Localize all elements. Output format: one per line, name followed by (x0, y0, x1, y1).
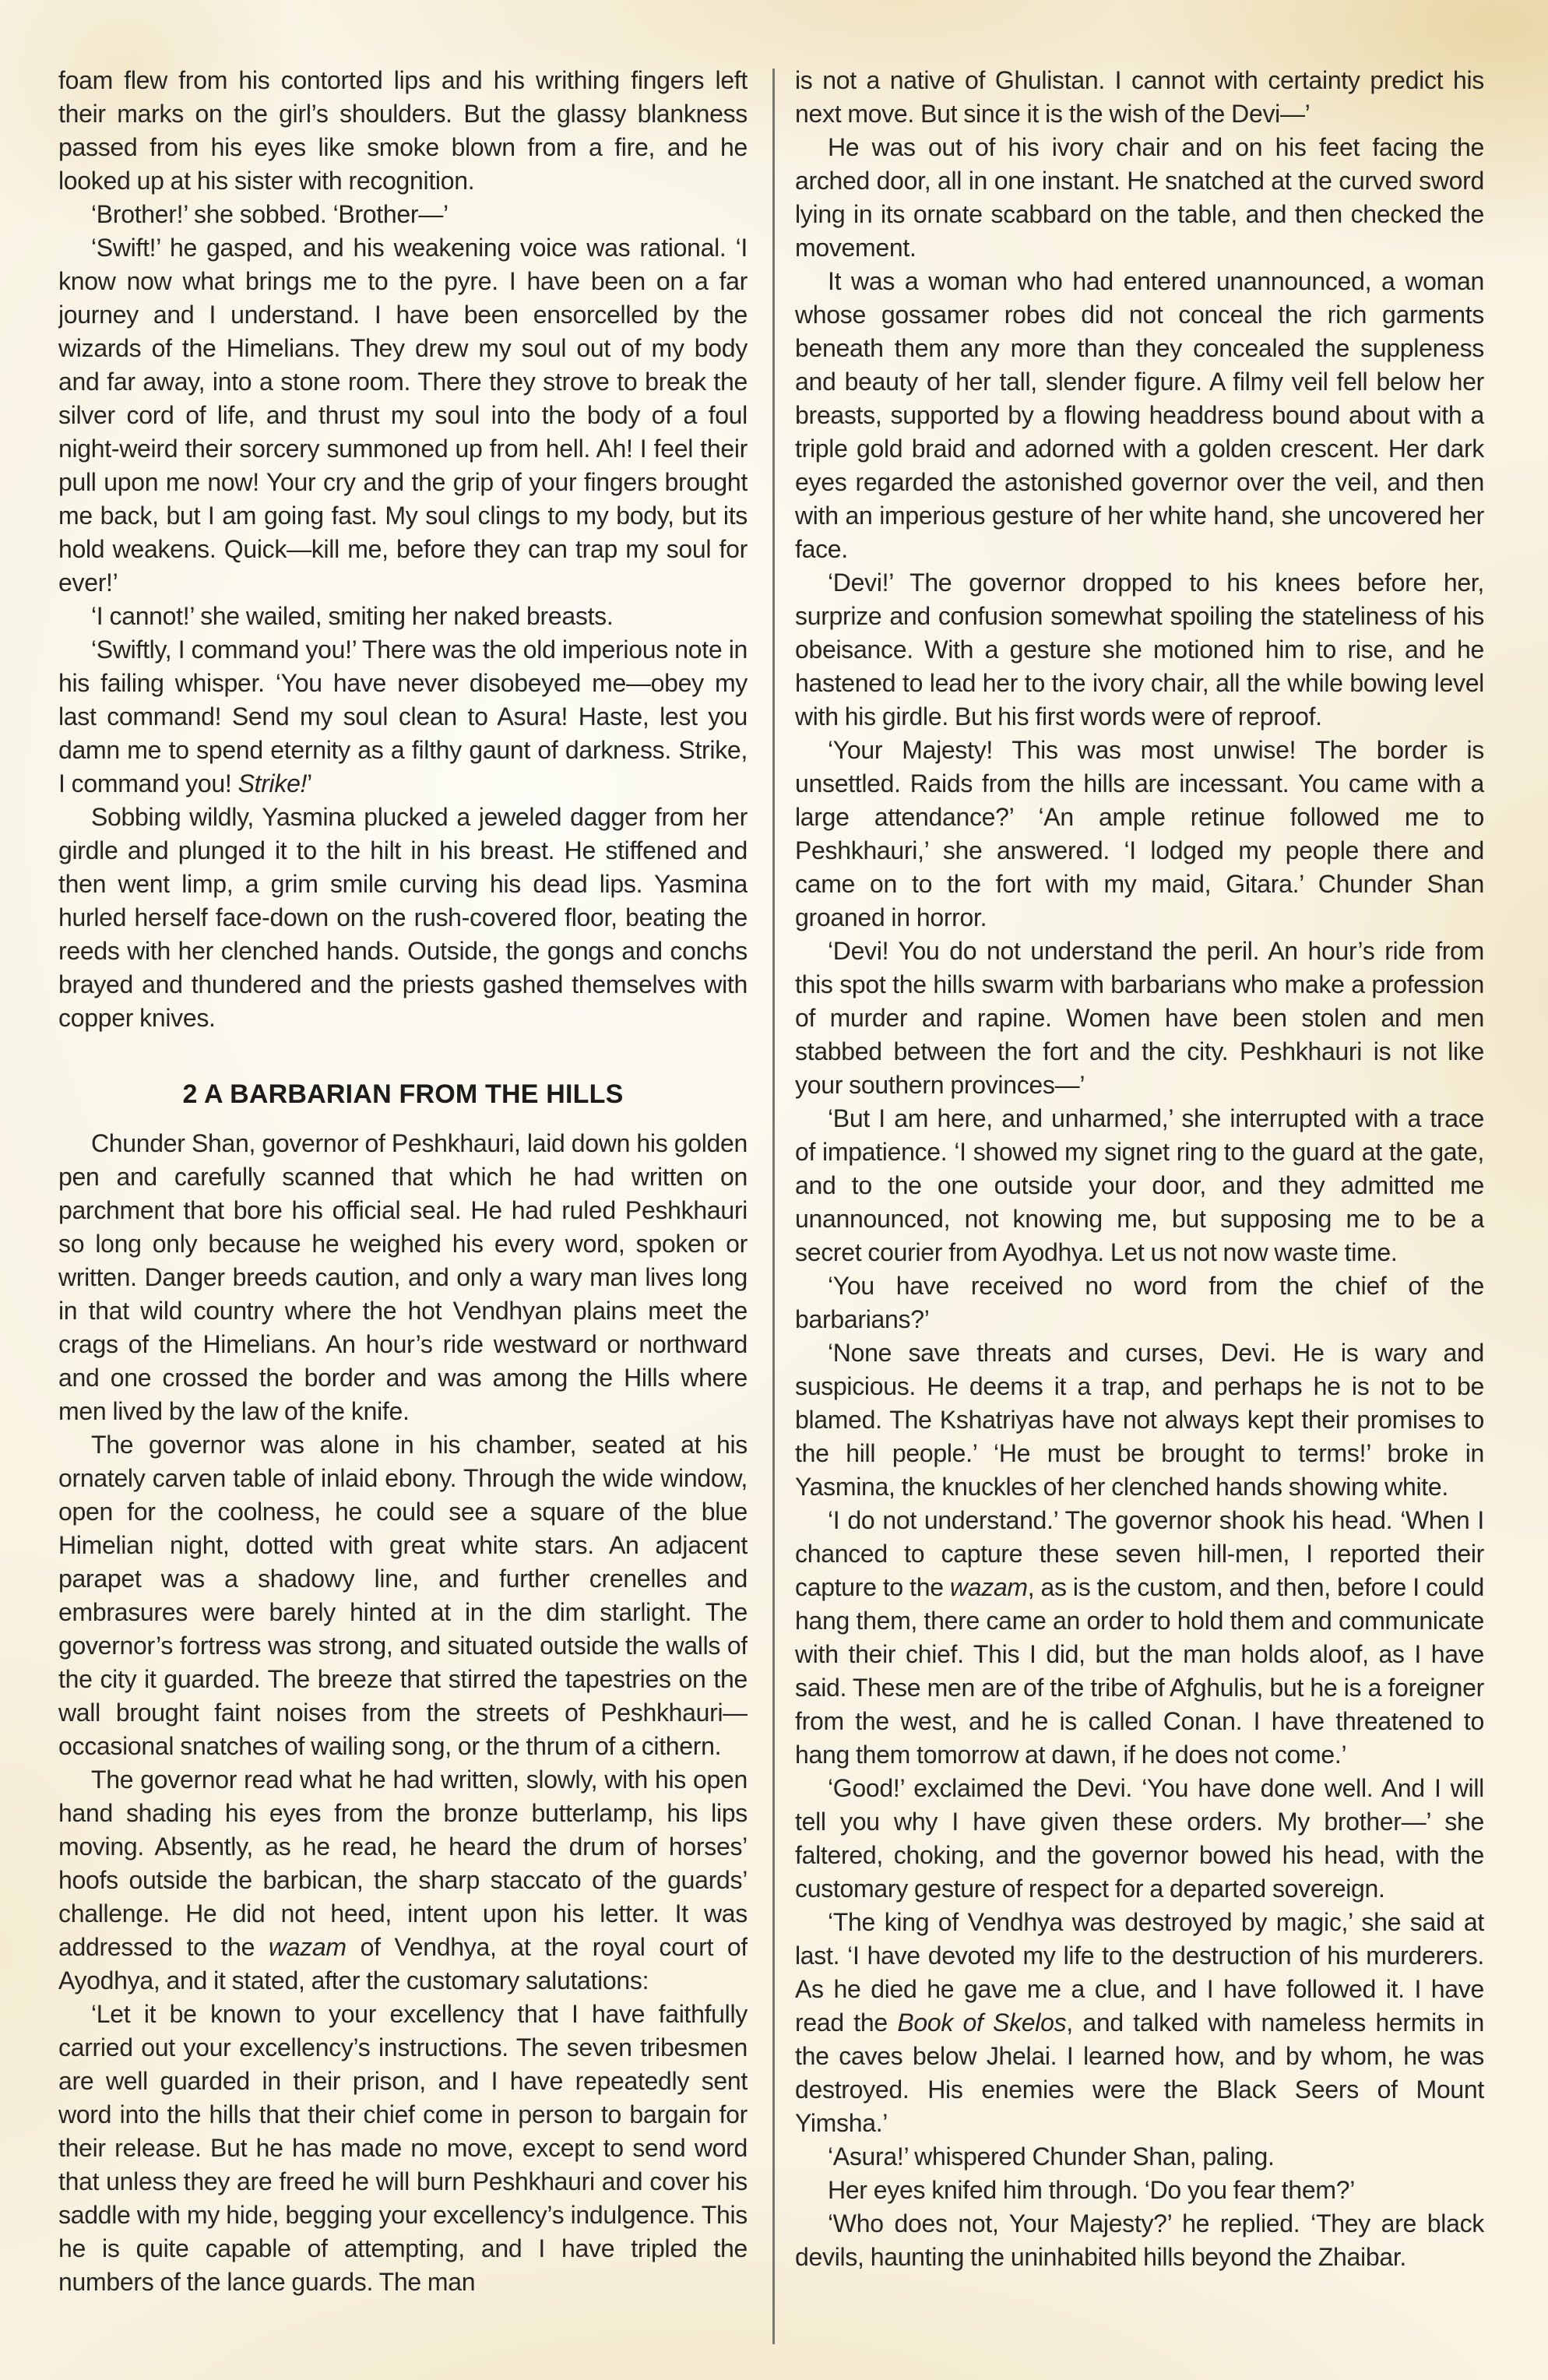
text-run: The governor was alone in his chamber, s… (58, 1431, 748, 1760)
text-run: ‘Devi!’ The governor dropped to his knee… (795, 569, 1484, 731)
text-run: ‘Swift!’ he gasped, and his weakening vo… (58, 234, 748, 597)
text-column-right: is not a native of Ghulistan. I cannot w… (795, 64, 1484, 2369)
text-run: is not a native of Ghulistan. I cannot w… (795, 66, 1484, 128)
paragraph: Her eyes knifed him through. ‘Do you fea… (795, 2174, 1484, 2207)
paragraph: ‘Brother!’ she sobbed. ‘Brother—’ (58, 198, 748, 231)
text-run: ‘You have received no word from the chie… (795, 1272, 1484, 1333)
paragraph: ‘You have received no word from the chie… (795, 1269, 1484, 1336)
paragraph: Sobbing wildly, Yasmina plucked a jewele… (58, 801, 748, 1035)
text-run: ‘But I am here, and unharmed,’ she inter… (795, 1104, 1484, 1266)
text-run: ‘None save threats and curses, Devi. He … (795, 1339, 1484, 1501)
paragraph: ‘Let it be known to your excellency that… (58, 1998, 748, 2299)
italic-text-run: Strike! (238, 769, 308, 797)
text-run: ‘Swiftly, I command you!’ There was the … (58, 635, 748, 797)
text-run: Sobbing wildly, Yasmina plucked a jewele… (58, 803, 748, 1032)
text-run: ’ (307, 769, 312, 797)
paragraph: ‘I do not understand.’ The governor shoo… (795, 1504, 1484, 1772)
paragraph: ‘Devi! You do not understand the peril. … (795, 935, 1484, 1102)
paragraph: ‘Good!’ exclaimed the Devi. ‘You have do… (795, 1772, 1484, 1906)
paragraph: Chunder Shan, governor of Peshkhauri, la… (58, 1127, 748, 1428)
text-run: , as is the custom, and then, before I c… (795, 1573, 1484, 1769)
book-page: foam flew from his contorted lips and hi… (0, 0, 1548, 2380)
paragraph: foam flew from his contorted lips and hi… (58, 64, 748, 198)
paragraph: He was out of his ivory chair and on his… (795, 131, 1484, 265)
paragraph: It was a woman who had entered unannounc… (795, 265, 1484, 566)
paragraph: ‘Asura!’ whispered Chunder Shan, paling. (795, 2140, 1484, 2174)
paragraph: The governor read what he had written, s… (58, 1763, 748, 1998)
text-run: ‘Devi! You do not understand the peril. … (795, 937, 1484, 1099)
text-column-left: foam flew from his contorted lips and hi… (58, 64, 748, 2369)
paragraph: The governor was alone in his chamber, s… (58, 1428, 748, 1763)
text-run: ‘Let it be known to your excellency that… (58, 2000, 748, 2296)
paragraph: ‘I cannot!’ she wailed, smiting her nake… (58, 600, 748, 633)
text-run: ‘Who does not, Your Majesty?’ he replied… (795, 2209, 1484, 2271)
text-run: ‘Asura!’ whispered Chunder Shan, paling. (828, 2142, 1275, 2171)
italic-text-run: wazam (269, 1933, 347, 1961)
text-run: Chunder Shan, governor of Peshkhauri, la… (58, 1129, 748, 1425)
text-run: The governor read what he had written, s… (58, 1766, 748, 1961)
italic-text-run: Book of Skelos (897, 2009, 1066, 2037)
paragraph: ‘Devi!’ The governor dropped to his knee… (795, 566, 1484, 734)
column-divider-rule (772, 69, 775, 2344)
paragraph: ‘Swift!’ he gasped, and his weakening vo… (58, 231, 748, 600)
chapter-heading: 2 A BARBARIAN FROM THE HILLS (58, 1077, 748, 1111)
text-run: ‘Brother!’ she sobbed. ‘Brother—’ (91, 200, 449, 228)
paragraph: ‘Swiftly, I command you!’ There was the … (58, 633, 748, 801)
text-run: foam flew from his contorted lips and hi… (58, 66, 748, 195)
italic-text-run: wazam (950, 1573, 1028, 1601)
paragraph: ‘The king of Vendhya was destroyed by ma… (795, 1906, 1484, 2140)
text-run: ‘I cannot!’ she wailed, smiting her nake… (91, 602, 613, 630)
text-run: ‘Your Majesty! This was most unwise! The… (795, 736, 1484, 931)
paragraph: is not a native of Ghulistan. I cannot w… (795, 64, 1484, 131)
paragraph: ‘None save threats and curses, Devi. He … (795, 1336, 1484, 1504)
paragraph: ‘But I am here, and unharmed,’ she inter… (795, 1102, 1484, 1269)
paragraph: ‘Your Majesty! This was most unwise! The… (795, 734, 1484, 935)
text-run: It was a woman who had entered unannounc… (795, 267, 1484, 563)
text-run: Her eyes knifed him through. ‘Do you fea… (828, 2176, 1355, 2204)
text-run: ‘Good!’ exclaimed the Devi. ‘You have do… (795, 1774, 1484, 1903)
text-run: He was out of his ivory chair and on his… (795, 133, 1484, 262)
paragraph: ‘Who does not, Your Majesty?’ he replied… (795, 2207, 1484, 2274)
